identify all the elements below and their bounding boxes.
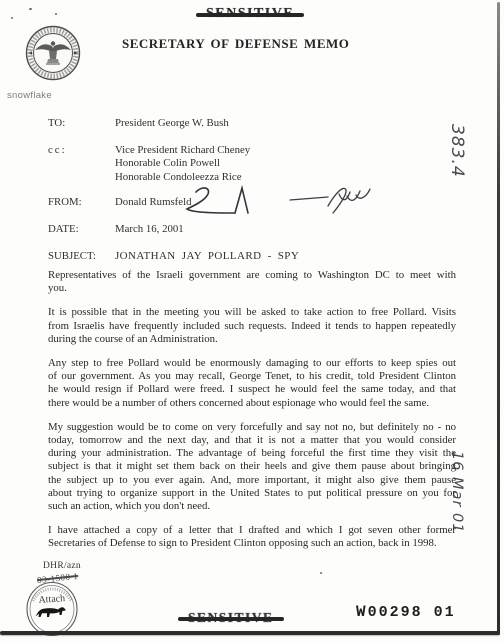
scan-speck — [320, 572, 322, 574]
cc-recipient: Honorable Colin Powell — [115, 157, 250, 170]
memo-title: SECRETARY OF DEFENSE MEMO — [122, 36, 349, 52]
memo-line: during the course of an Administration. — [48, 333, 456, 346]
meta-row-cc: cc:Vice President Richard CheneyHonorabl… — [48, 144, 250, 184]
memo-page: SENSITIVE snowflake SECRETARY OF DEFENSE… — [0, 0, 504, 642]
from-label: FROM: — [48, 196, 115, 208]
subject-value: JONATHAN JAY POLLARD - SPY — [115, 250, 299, 262]
classification-banner-top: SENSITIVE — [206, 6, 294, 22]
memo-paragraph: Any step to free Pollard would be enormo… — [48, 357, 456, 410]
seal-caption: snowflake — [7, 90, 52, 101]
memo-line: today, tomorrow and the next day, and th… — [48, 434, 456, 447]
cc-recipients: Vice President Richard CheneyHonorable C… — [115, 144, 250, 184]
to-label: TO: — [48, 117, 115, 129]
date-label: DATE: — [48, 223, 115, 235]
memo-line: there would be a number of others concer… — [48, 397, 456, 410]
strikethrough-line — [196, 13, 304, 17]
subject-label: SUBJECT: — [48, 250, 115, 262]
memo-line: Any step to free Pollard would be enormo… — [48, 357, 456, 370]
attach-stamp: Attach — [25, 581, 79, 637]
memo-line: of our government. As you may recall, Ge… — [48, 370, 456, 383]
attach-stamp-label: Attach — [38, 593, 65, 606]
memo-line: you. — [48, 282, 456, 295]
memo-line: subject is that it might set them back o… — [48, 460, 456, 473]
document-control-number: W00298 01 — [356, 603, 456, 621]
memo-paragraph: Representatives of the Israeli governmen… — [48, 269, 456, 295]
memo-line: he would resign if Pollard were freed. I… — [48, 383, 456, 396]
to-value: President George W. Bush — [115, 117, 229, 129]
cc-label: cc: — [48, 144, 115, 156]
memo-line: My suggestion would be to come on very f… — [48, 421, 456, 434]
cc-recipient: Vice President Richard Cheney — [115, 144, 250, 157]
scan-page-edge-bottom — [0, 631, 500, 635]
strikethrough-line — [178, 617, 284, 621]
scan-page-edge-right — [497, 2, 500, 635]
rumsfeld-signature — [178, 182, 398, 226]
memo-paragraph: It is possible that in the meeting you w… — [48, 306, 456, 346]
memo-line: such an action, which you don't need. — [48, 500, 456, 513]
memo-line: Representatives of the Israeli governmen… — [48, 269, 456, 282]
memo-line: It is possible that in the meeting you w… — [48, 306, 456, 319]
classification-banner-bottom: SENSITIVE — [188, 610, 274, 626]
meta-row-to: TO:President George W. Bush — [48, 117, 229, 129]
memo-body: Representatives of the Israeli governmen… — [48, 269, 456, 562]
memo-line: I have attached a copy of a letter that … — [48, 524, 456, 537]
meta-row-from: FROM:Donald Rumsfeld — [48, 196, 191, 208]
meta-row-subject: SUBJECT:JONATHAN JAY POLLARD - SPY — [48, 250, 299, 262]
typist-initials: DHR/azn — [43, 561, 81, 571]
memo-line: from Israelis have frequently included s… — [48, 320, 456, 333]
handwritten-file-number: 383.4 — [447, 124, 467, 178]
scan-speck — [29, 8, 32, 10]
department-of-defense-seal — [25, 25, 81, 81]
horse-icon — [36, 607, 67, 617]
date-value: March 16, 2001 — [115, 223, 184, 235]
meta-row-date: DATE:March 16, 2001 — [48, 223, 184, 235]
scan-speck — [55, 13, 57, 15]
memo-line: the subject up to you ever again. And, m… — [48, 474, 456, 487]
scan-speck — [11, 17, 13, 19]
memo-line: about trying to organize support in the … — [48, 487, 456, 500]
memo-line: Secretaries of Defense to sign to Presid… — [48, 537, 456, 550]
memo-line: during your administration. The advantag… — [48, 447, 456, 460]
memo-paragraph: I have attached a copy of a letter that … — [48, 524, 456, 550]
initials-scribble — [290, 188, 370, 213]
memo-paragraph: My suggestion would be to come on very f… — [48, 421, 456, 513]
